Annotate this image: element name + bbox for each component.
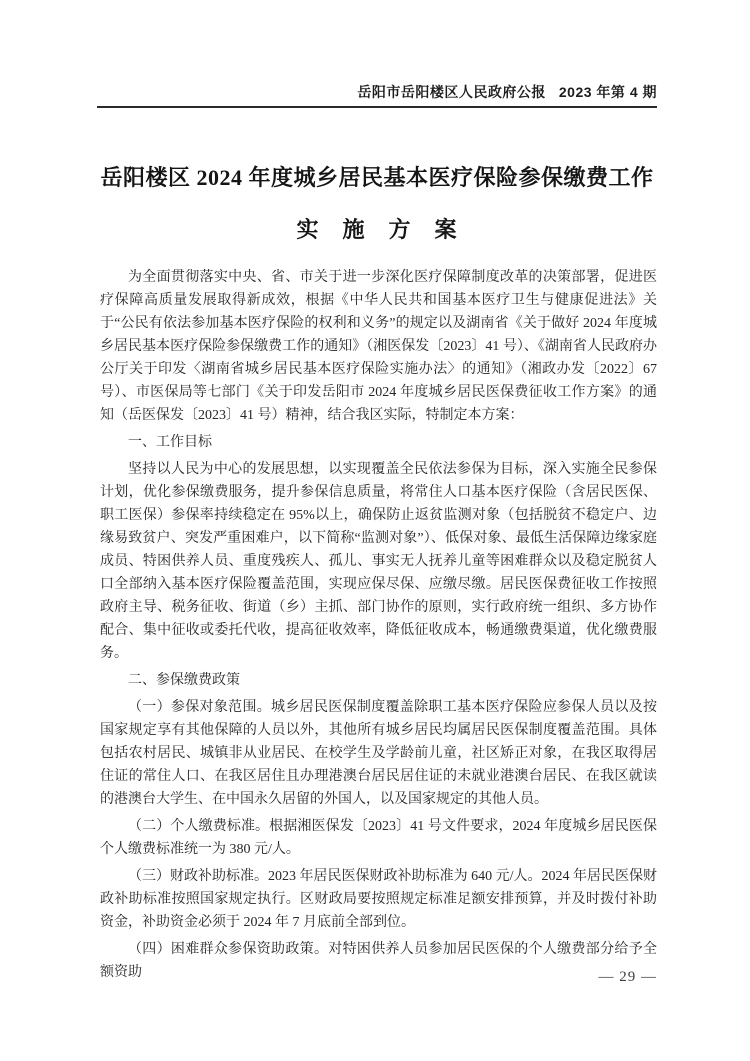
document-title-line2: 实 施 方 案 [97, 214, 657, 245]
page-header: 岳阳市岳阳楼区人民政府公报2023 年第 4 期 [97, 84, 657, 108]
document-title-line1: 岳阳楼区 2024 年度城乡居民基本医疗保险参保缴费工作 [97, 162, 657, 193]
page-number: — 29 — [599, 969, 658, 985]
document-title: 岳阳楼区 2024 年度城乡居民基本医疗保险参保缴费工作 实 施 方 案 [97, 162, 657, 245]
gazette-title: 岳阳市岳阳楼区人民政府公报 [357, 84, 546, 100]
section-1-paragraph: 坚持以人民为中心的发展思想，以实现覆盖全民依法参保为目标，深入实施全民参保计划，… [100, 458, 657, 665]
item-3-fiscal-subsidy-paragraph: （三）财政补助标准。2023 年居民医保财政补助标准为 640 元/人。2024… [100, 865, 657, 934]
issue-number: 2023 年第 4 期 [559, 84, 657, 100]
intro-paragraph: 为全面贯彻落实中央、省、市关于进一步深化医疗保障制度改革的决策部署，促进医疗保障… [100, 266, 657, 427]
item-2-individual-payment-paragraph: （二）个人缴费标准。根据湘医保发〔2023〕41 号文件要求，2024 年度城乡… [100, 815, 657, 861]
gazette-page: 岳阳市岳阳楼区人民政府公报2023 年第 4 期 岳阳楼区 2024 年度城乡居… [0, 0, 750, 1061]
document-body: 为全面贯彻落实中央、省、市关于进一步深化医疗保障制度改革的决策部署，促进医疗保障… [100, 266, 657, 988]
section-1-heading: 一、工作目标 [100, 431, 657, 454]
item-1-participation-scope-paragraph: （一）参保对象范围。城乡居民医保制度覆盖除职工基本医疗保险应参保人员以及按国家规… [100, 696, 657, 811]
section-2-heading: 二、参保缴费政策 [100, 669, 657, 692]
page-footer: — 29 — [100, 967, 657, 987]
